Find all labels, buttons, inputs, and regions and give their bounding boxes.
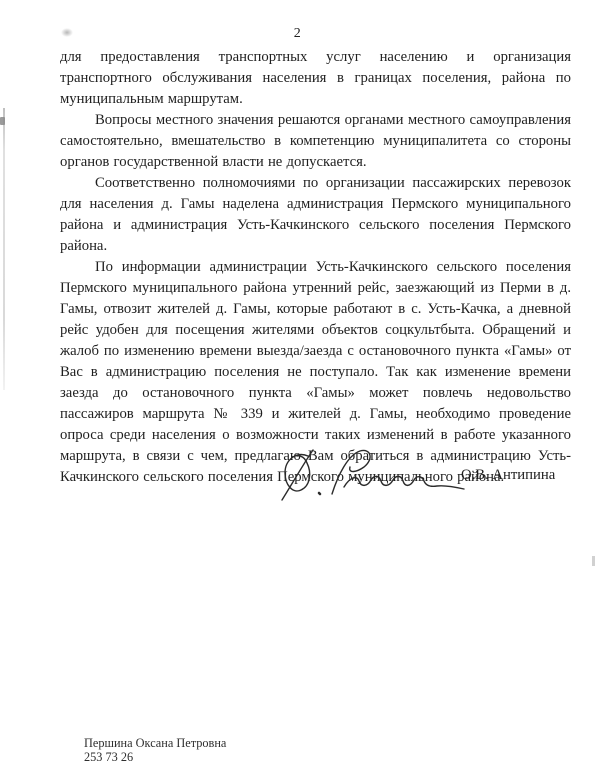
signer-name: О.В. Антипина (461, 467, 555, 484)
executor-name: Першина Оксана Петровна (84, 737, 226, 751)
paragraph: для предоставления транспортных услуг на… (60, 47, 571, 110)
page-number: 2 (0, 26, 595, 42)
letter-body: для предоставления транспортных услуг на… (60, 47, 571, 488)
executor-phone: 253 73 26 (84, 751, 226, 765)
handwritten-signature-icon (280, 447, 466, 505)
scan-artifact-line (3, 108, 5, 390)
paragraph: Вопросы местного значения решаются орган… (60, 110, 571, 173)
scan-artifact-mark (0, 117, 5, 125)
paragraph: Соответственно полномочиями по организац… (60, 173, 571, 257)
document-page: 2 для предоставления транспортных услуг … (0, 0, 595, 775)
executor-info: Першина Оксана Петровна 253 73 26 (84, 737, 226, 764)
